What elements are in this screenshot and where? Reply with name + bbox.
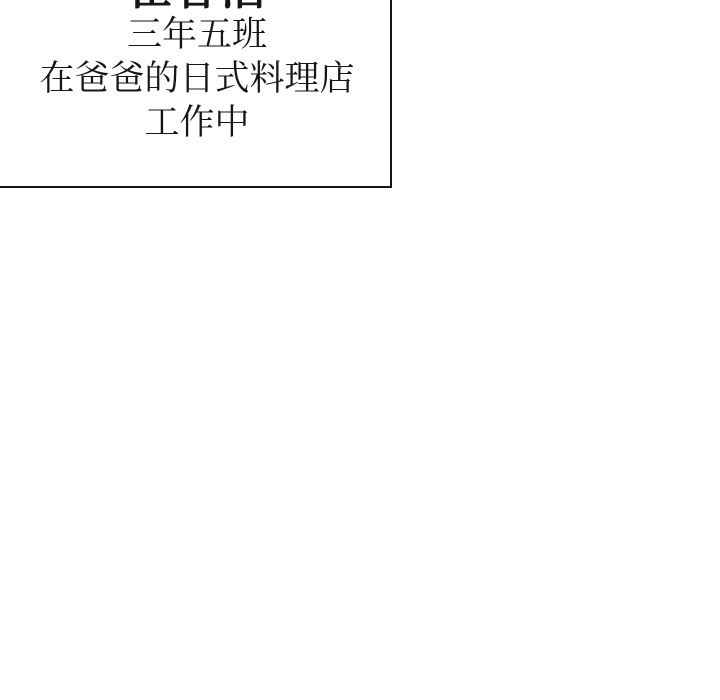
webtoon-page: { "card": { "name": "崔容浩", "class_line":… <box>0 0 720 700</box>
character-intro-panel <box>0 0 392 188</box>
